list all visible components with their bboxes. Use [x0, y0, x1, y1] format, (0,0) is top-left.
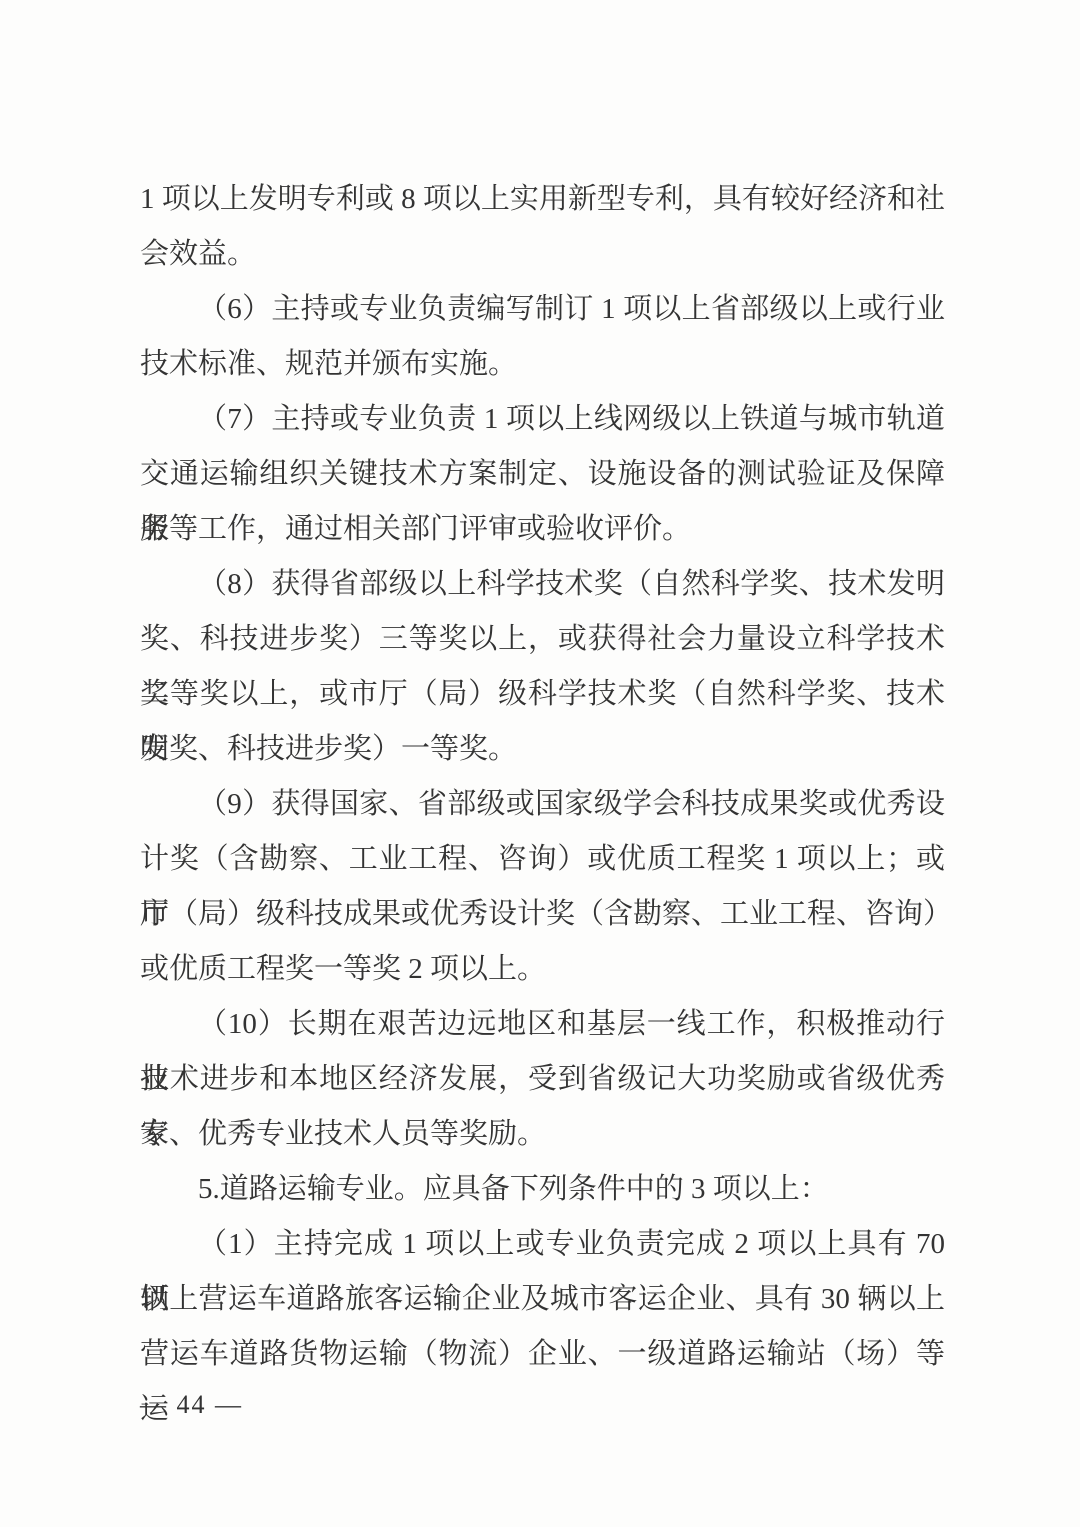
text-line: （1）主持完成 1 项以上或专业负责完成 2 项以上具有 70 辆	[140, 1217, 945, 1272]
text-line: （6）主持或专业负责编写制订 1 项以上省部级以上或行业	[140, 282, 945, 337]
text-line: 家、优秀专业技术人员等奖励。	[140, 1107, 945, 1162]
text-line: 计奖（含勘察、工业工程、咨询）或优质工程奖 1 项以上；或市	[140, 832, 945, 887]
paragraph-item-6: （6）主持或专业负责编写制订 1 项以上省部级以上或行业 技术标准、规范并颁布实…	[140, 282, 945, 392]
paragraph-item-7: （7）主持或专业负责 1 项以上线网级以上铁道与城市轨道 交通运输组织关键技术方…	[140, 392, 945, 557]
text-line: 会效益。	[140, 227, 945, 282]
text-line: 以上营运车道路旅客运输企业及城市客运企业、具有 30 辆以上	[140, 1272, 945, 1327]
text-line: （10）长期在艰苦边远地区和基层一线工作，积极推动行业	[140, 997, 945, 1052]
paragraph-item-10: （10）长期在艰苦边远地区和基层一线工作，积极推动行业 技术进步和本地区经济发展…	[140, 997, 945, 1162]
text-line: 技术标准、规范并颁布实施。	[140, 337, 945, 392]
text-line: （7）主持或专业负责 1 项以上线网级以上铁道与城市轨道	[140, 392, 945, 447]
paragraph-item-1-road-transport: （1）主持完成 1 项以上或专业负责完成 2 项以上具有 70 辆 以上营运车道…	[140, 1217, 945, 1382]
page-number: — 44 —	[140, 1384, 945, 1426]
paragraph-item-8: （8）获得省部级以上科学技术奖（自然科学奖、技术发明 奖、科技进步奖）三等奖以上…	[140, 557, 945, 777]
document-body: 1 项以上发明专利或 8 项以上实用新型专利，具有较好经济和社 会效益。 （6）…	[140, 172, 945, 1426]
text-line: 务等工作，通过相关部门评审或验收评价。	[140, 502, 945, 557]
paragraph-section-5-heading: 5.道路运输专业。应具备下列条件中的 3 项以上：	[140, 1162, 945, 1217]
text-line: 技术进步和本地区经济发展，受到省级记大功奖励或省级优秀专	[140, 1052, 945, 1107]
text-line: 营运车道路货物运输（物流）企业、一级道路运输站（场）等运	[140, 1327, 945, 1382]
text-line: 或优质工程奖一等奖 2 项以上。	[140, 942, 945, 997]
text-line: 厅（局）级科技成果或优秀设计奖（含勘察、工业工程、咨询）	[140, 887, 945, 942]
text-line: 二等奖以上，或市厅（局）级科学技术奖（自然科学奖、技术发	[140, 667, 945, 722]
text-line: 1 项以上发明专利或 8 项以上实用新型专利，具有较好经济和社	[140, 172, 945, 227]
text-line: （8）获得省部级以上科学技术奖（自然科学奖、技术发明	[140, 557, 945, 612]
text-line: 奖、科技进步奖）三等奖以上，或获得社会力量设立科学技术奖	[140, 612, 945, 667]
paragraph-item-9: （9）获得国家、省部级或国家级学会科技成果奖或优秀设 计奖（含勘察、工业工程、咨…	[140, 777, 945, 997]
text-line: 5.道路运输专业。应具备下列条件中的 3 项以上：	[140, 1162, 945, 1217]
text-line: 交通运输组织关键技术方案制定、设施设备的测试验证及保障服	[140, 447, 945, 502]
document-page: 1 项以上发明专利或 8 项以上实用新型专利，具有较好经济和社 会效益。 （6）…	[0, 0, 1080, 1527]
text-line: （9）获得国家、省部级或国家级学会科技成果奖或优秀设	[140, 777, 945, 832]
paragraph-patent-continuation: 1 项以上发明专利或 8 项以上实用新型专利，具有较好经济和社 会效益。	[140, 172, 945, 282]
text-line: 明奖、科技进步奖）一等奖。	[140, 722, 945, 777]
